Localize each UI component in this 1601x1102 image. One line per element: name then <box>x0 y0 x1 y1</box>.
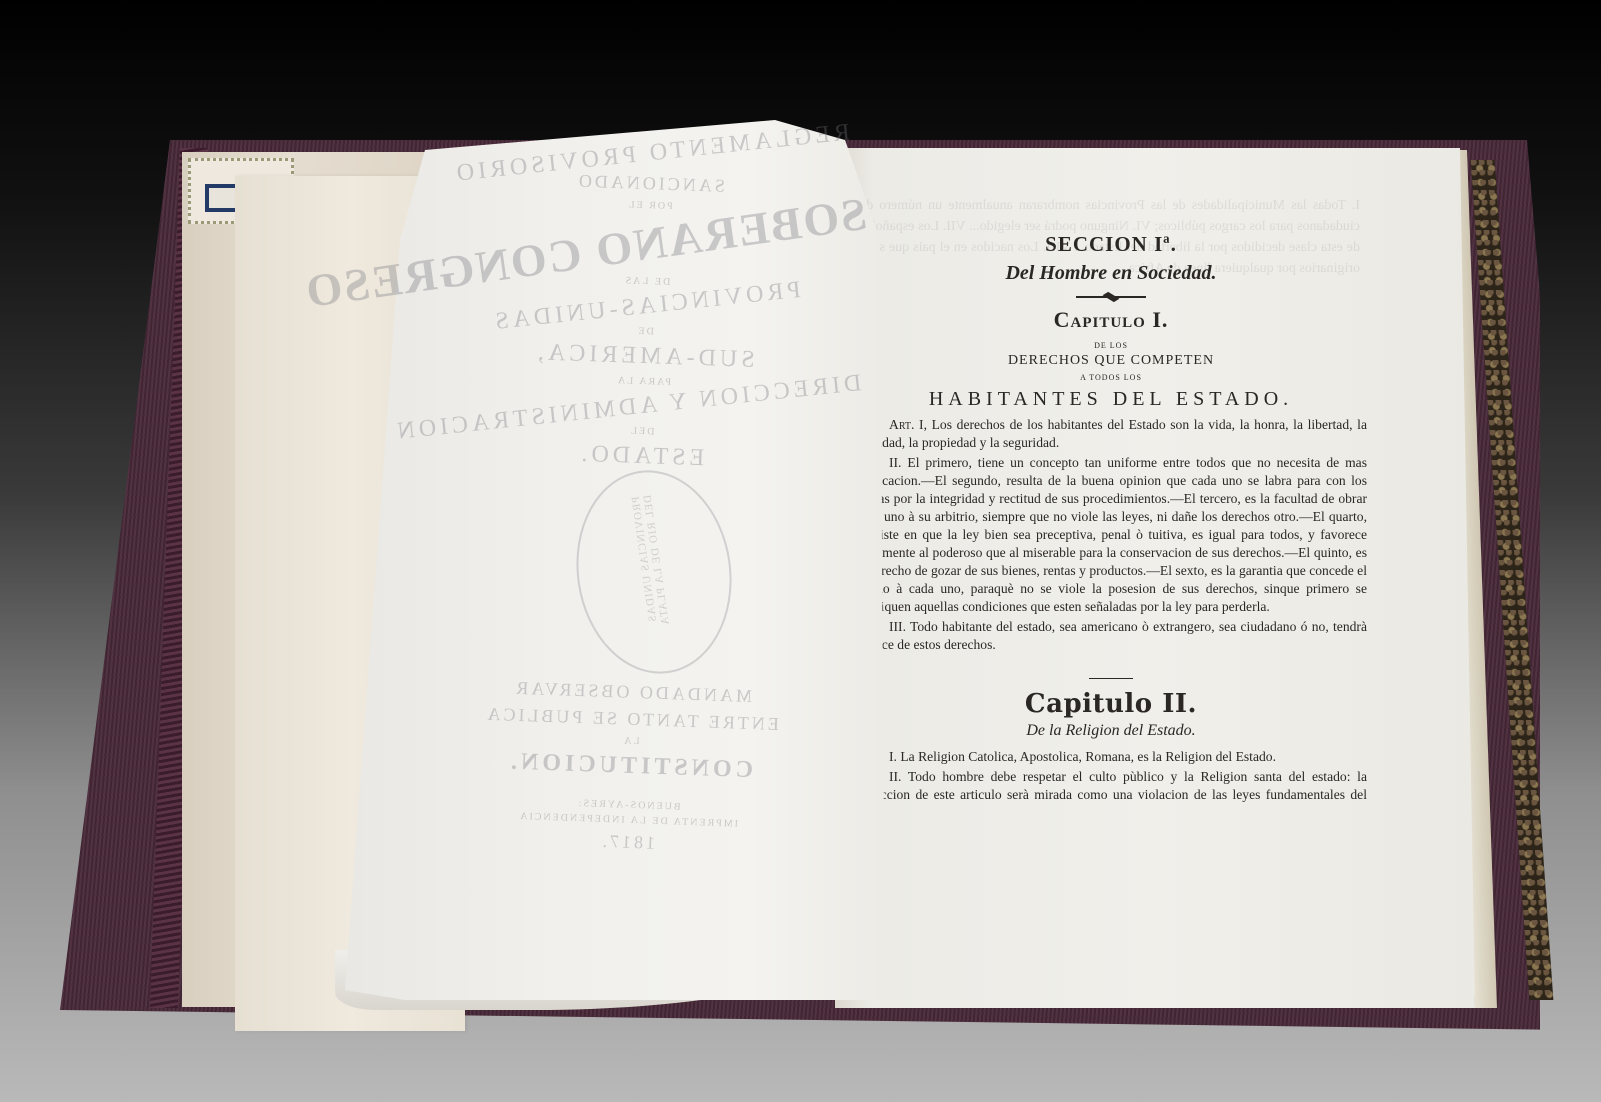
article-text: Los derechos de los habitantes del Estad… <box>855 417 1367 450</box>
chapter-2-article-1: I. La Religion Catolica, Apostolica, Rom… <box>855 748 1367 766</box>
section-subtitle: Del Hombre en Sociedad. <box>855 262 1367 285</box>
article-text: Todo hombre debe respetar el culto pùbli… <box>855 769 1367 820</box>
chapter-1-line-4: HABITANTES DEL ESTADO. <box>855 388 1367 411</box>
article-text: La Religion Catolica, Apostolica, Romana… <box>900 749 1276 764</box>
chapter-1-de-los: DE LOS <box>855 341 1367 350</box>
chapter-2-article-2: II. Todo hombre debe respetar el culto p… <box>855 768 1367 822</box>
article-1: Art. I, Los derechos de los habitantes d… <box>855 416 1367 452</box>
article-label: II. <box>889 455 901 470</box>
article-2: II. El primero, tiene un concepto tan un… <box>855 454 1367 616</box>
bookplate-bracket-icon <box>205 184 237 212</box>
chapter-2-subtitle: De la Religion del Estado. <box>855 722 1367 740</box>
section-title: SECCION Iª. <box>855 232 1367 257</box>
article-text: El primero, tiene un concepto tan unifor… <box>855 455 1367 614</box>
ornament-divider-icon <box>1076 293 1146 301</box>
article-label: I. <box>889 749 897 764</box>
section-rule <box>1089 678 1133 679</box>
article-text: Todo habitante del estado, sea americano… <box>855 619 1367 652</box>
chapter-1-line-2: DERECHOS QUE COMPETEN <box>855 353 1367 369</box>
chapter-1-line-3: A TODOS LOS <box>855 373 1367 382</box>
article-label: Art. I, <box>889 417 927 432</box>
right-page-text: SECCION Iª. Del Hombre en Sociedad. Capi… <box>855 232 1367 822</box>
chapter-2-title: Capitulo II. <box>855 689 1367 719</box>
article-3: III. Todo habitante del estado, sea amer… <box>855 618 1367 654</box>
seal-legend: PROVINCIAS UNIDAS DEL RIO DE LA PLATA <box>543 482 762 658</box>
article-label: II. <box>889 769 901 784</box>
chapter-1-title: Capitulo I. <box>855 307 1367 333</box>
article-label: III. <box>889 619 906 634</box>
